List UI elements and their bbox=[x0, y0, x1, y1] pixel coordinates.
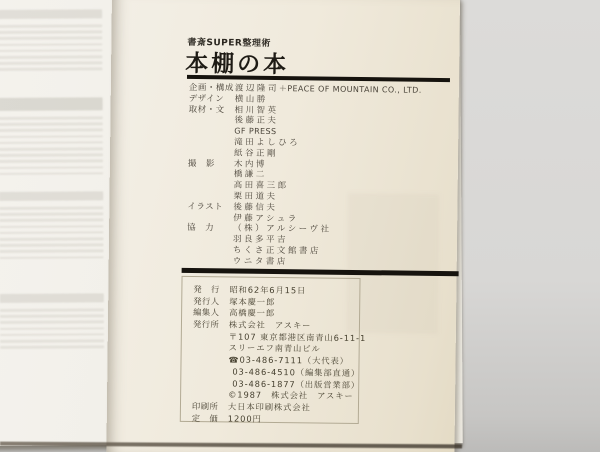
credit-name: 木内博 bbox=[234, 159, 267, 169]
publication-value: 昭和62年6月15日 bbox=[229, 284, 306, 295]
credit-name: ウニタ書店 bbox=[233, 256, 288, 267]
credit-name: （株）アルシーヴ社 bbox=[233, 224, 332, 235]
credit-role-label bbox=[188, 133, 234, 134]
publication-value: 株式会社 アスキー bbox=[229, 320, 312, 331]
credit-role-label: 取材・文 bbox=[189, 105, 235, 116]
publication-value: スリーエフ南青山ビル bbox=[229, 343, 321, 354]
title-rule bbox=[187, 75, 450, 82]
credit-name: 相川智英 bbox=[235, 105, 279, 116]
credit-role-label bbox=[187, 252, 233, 253]
credit-name: 後藤信夫 bbox=[233, 202, 277, 213]
ghost-showthrough-block bbox=[0, 9, 102, 74]
credit-name: 高田喜三郎 bbox=[234, 181, 289, 192]
credit-name: 渡辺隆司 bbox=[235, 84, 279, 95]
credit-name: 滝田よしひろ bbox=[234, 137, 300, 148]
credit-role-label bbox=[188, 176, 234, 177]
publication-value: 03-486-1877（出版営業部） bbox=[232, 378, 360, 390]
credit-name: 紙谷正剛 bbox=[234, 148, 278, 159]
publication-label: 印刷所 bbox=[192, 401, 228, 413]
phone-icon: ☎ bbox=[228, 356, 238, 365]
credit-name: 横山勝 bbox=[235, 94, 268, 104]
ghost-showthrough-block bbox=[0, 191, 104, 262]
credit-role-label bbox=[187, 263, 233, 264]
credit-role-label bbox=[187, 241, 233, 242]
publication-box: 発 行昭和62年6月15日発行人塚本慶一郎編集人高橋慶一郎発行所株式会社 アスキ… bbox=[180, 276, 361, 424]
book-photo: 書斎SUPER整理術 本棚の本 企画・構成渡辺隆司＋PEACE OF MOUNT… bbox=[0, 0, 600, 452]
publication-value: 高橋慶一郎 bbox=[229, 308, 275, 319]
credit-name: 後藤正夫 bbox=[234, 116, 278, 127]
credits-list: 企画・構成渡辺隆司＋PEACE OF MOUNTAIN CO., LTD.デザイ… bbox=[187, 83, 422, 269]
colophon-page: 書斎SUPER整理術 本棚の本 企画・構成渡辺隆司＋PEACE OF MOUNT… bbox=[106, 0, 460, 452]
credit-name: ちくさ正文館書店 bbox=[233, 245, 321, 256]
publication-value: 03-486-4510（編集部直通） bbox=[232, 366, 360, 378]
credit-name: 栗田道夫 bbox=[233, 191, 277, 202]
credit-role-label bbox=[188, 144, 234, 145]
publication-value: 1200円 bbox=[228, 413, 262, 423]
credit-role-label: 協 力 bbox=[187, 223, 233, 234]
credit-role-label bbox=[187, 219, 233, 220]
credit-name: 伊藤アシュラ bbox=[233, 213, 299, 224]
credit-name: 羽良多平吉 bbox=[233, 235, 288, 246]
publication-value: 03-486-7111（大代表） bbox=[239, 355, 349, 366]
publication-label: 発行人 bbox=[193, 296, 229, 308]
publication-label: 発 行 bbox=[193, 284, 229, 296]
credit-role-label bbox=[188, 187, 234, 188]
publication-value: 大日本印刷株式会社 bbox=[228, 401, 311, 412]
publication-row: 定 価1200円 bbox=[181, 412, 358, 426]
publication-label: 発行所 bbox=[193, 319, 229, 331]
credit-role-label: 撮 影 bbox=[188, 159, 234, 170]
credit-role-label bbox=[188, 122, 234, 123]
credit-name: 橋謙二 bbox=[234, 170, 267, 180]
credit-role-label: イラスト bbox=[187, 202, 233, 213]
credit-role-label: デザイン bbox=[189, 94, 235, 105]
credit-name-latin: GF PRESS bbox=[234, 127, 276, 137]
credit-role-label bbox=[188, 198, 234, 199]
book-title: 本棚の本 bbox=[185, 45, 289, 79]
ghost-showthrough-block bbox=[0, 293, 104, 352]
credit-name-latin: ＋PEACE OF MOUNTAIN CO., LTD. bbox=[279, 84, 422, 95]
ghost-showthrough-block bbox=[0, 97, 103, 179]
credit-row: ウニタ書店 bbox=[187, 256, 420, 270]
credit-role-label: 企画・構成 bbox=[189, 83, 235, 94]
publication-label: 編集人 bbox=[193, 307, 229, 319]
credit-role-label bbox=[188, 155, 234, 156]
publication-label: 定 価 bbox=[192, 413, 228, 425]
publication-value: ©1987 株式会社 アスキー bbox=[228, 390, 354, 402]
publication-value: 塚本慶一郎 bbox=[229, 296, 275, 307]
publication-value: 〒107 東京都港区南青山6-11-1 bbox=[229, 331, 366, 343]
